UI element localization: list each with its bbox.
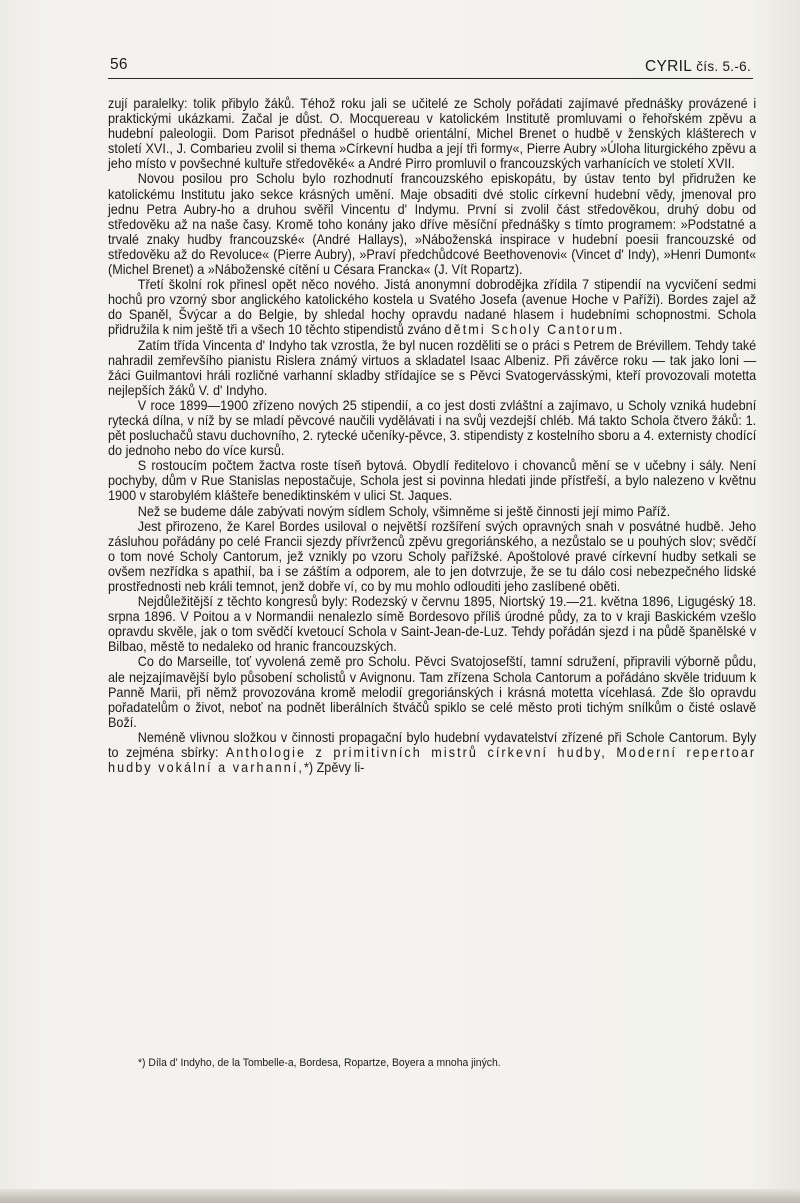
scanned-page: 56 CYRIL čís. 5.-6. zují paralelky: toli… (0, 0, 800, 1203)
article-body: zují paralelky: tolik přibylo žáků. Tého… (108, 96, 756, 775)
running-head: CYRIL čís. 5.-6. (645, 58, 751, 76)
paragraph: Neméně vlivnou složkou v činnosti propag… (108, 730, 756, 775)
page-header: 56 CYRIL čís. 5.-6. (108, 52, 753, 79)
paragraph: Co do Marseille, toť vyvolená země pro S… (108, 654, 756, 729)
paragraph: Nejdůležitější z těchto kongresů byly: R… (108, 594, 756, 654)
paragraph: Novou posilou pro Scholu bylo rozhodnutí… (108, 171, 756, 277)
page-number: 56 (110, 56, 128, 74)
spaced-emphasis: dětmi Scholy Cantorum (445, 322, 619, 337)
paragraph: S rostoucím počtem žactva roste tíseň by… (108, 458, 756, 503)
paragraph: Zatím třída Vincenta d' Indyho tak vzros… (108, 338, 756, 398)
footnote: *) Díla d' Indyho, de la Tombelle-a, Bor… (138, 1057, 501, 1070)
paragraph-text: . (619, 322, 623, 337)
paragraph-text: Třetí školní rok přinesl opět něco novéh… (108, 277, 756, 337)
paragraph: zují paralelky: tolik přibylo žáků. Tého… (108, 96, 756, 171)
paragraph: Jest přirozeno, že Karel Bordes usiloval… (108, 519, 756, 594)
paragraph: Třetí školní rok přinesl opět něco novéh… (108, 277, 756, 337)
journal-title: CYRIL (645, 58, 692, 75)
paragraph: V roce 1899—1900 zřízeno nových 25 stipe… (108, 398, 756, 458)
paragraph: Než se budeme dále zabývati novým sídlem… (108, 504, 756, 519)
issue-number: čís. 5.-6. (696, 59, 751, 74)
paragraph-text: *) Zpěvy li- (304, 760, 364, 775)
page-edge-shadow (0, 1189, 800, 1203)
